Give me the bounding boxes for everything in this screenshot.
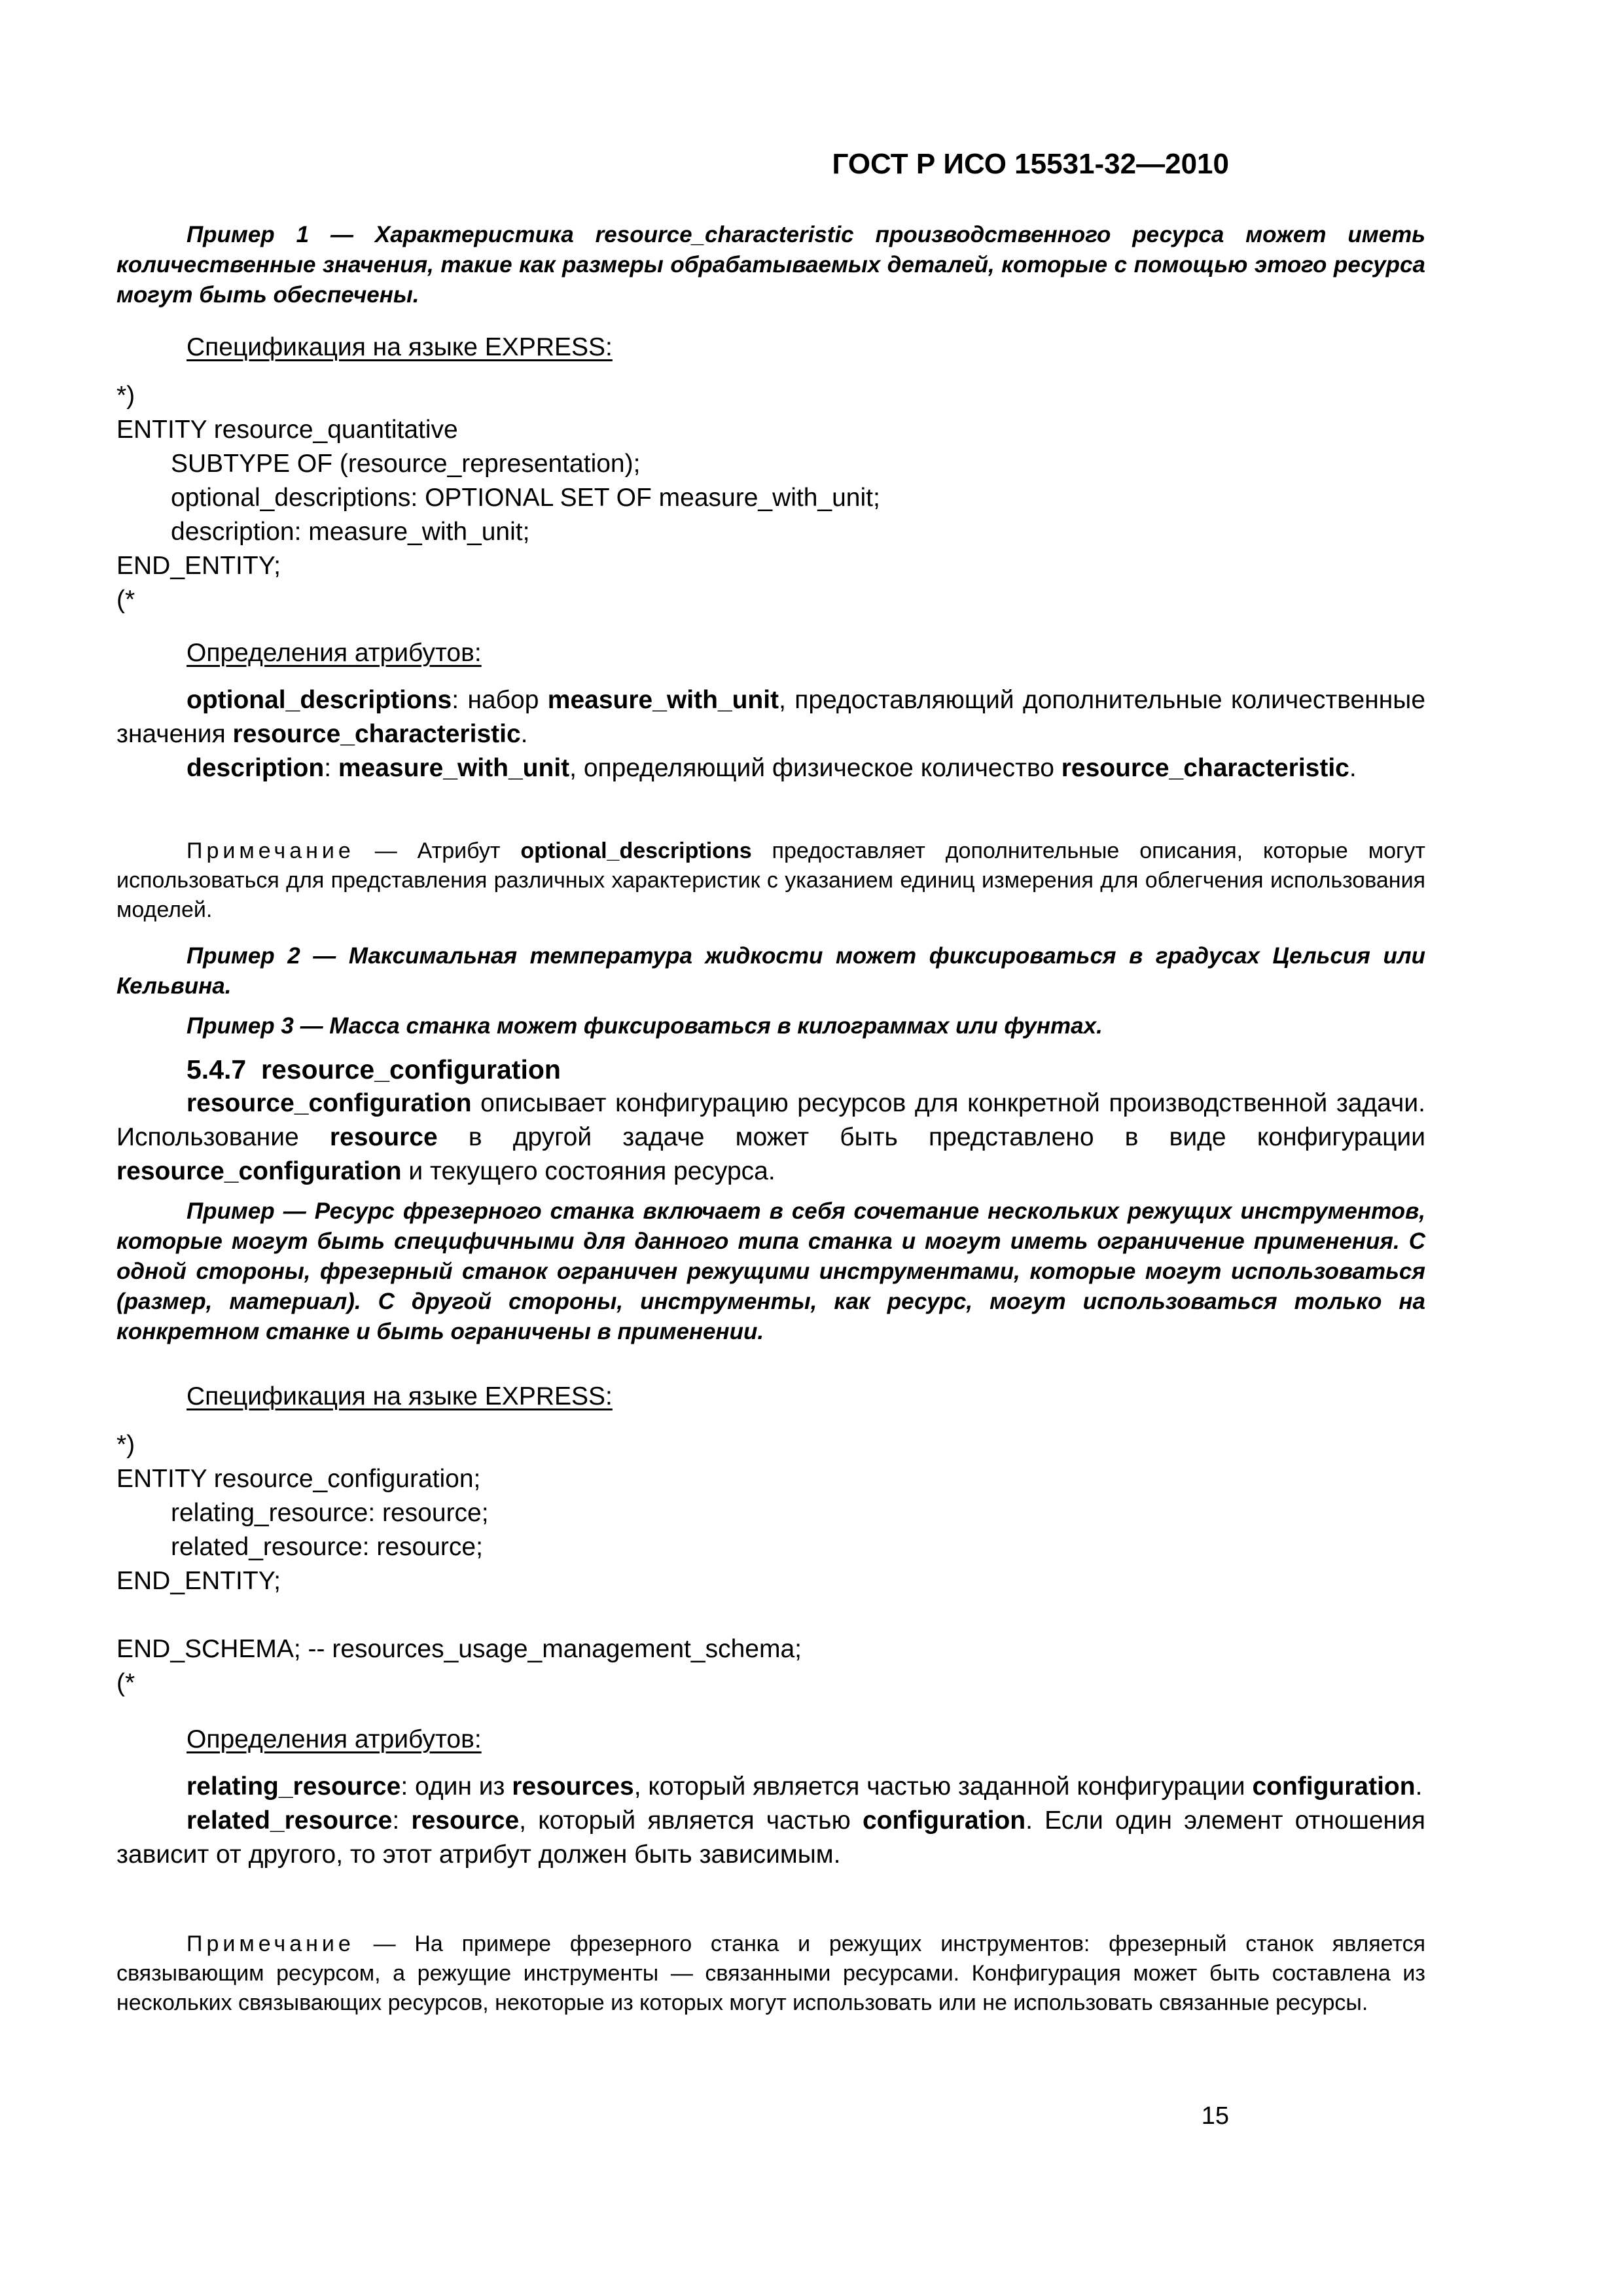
note-label: Примечание — [187, 1931, 355, 1956]
note-1: Примечание — Атрибут optional_descriptio… — [116, 836, 1425, 925]
attrs-2-label: Определения атрибутов: — [187, 1725, 482, 1753]
spec-2-label: Спецификация на языке EXPRESS: — [187, 1382, 613, 1410]
note-label: Примечание — [187, 838, 355, 863]
code-line: SUBTYPE OF (resource_representation); — [116, 450, 640, 478]
code-line: optional_descriptions: OPTIONAL SET OF m… — [116, 484, 880, 512]
note-2: Примечание — На примере фрезерного станк… — [116, 1929, 1425, 2018]
spec-1-label: Спецификация на языке EXPRESS: — [187, 333, 613, 361]
section-example: Пример — Ресурс фрезерного станка включа… — [116, 1196, 1425, 1347]
attr-relating-resource: relating_resource: один из resources, ко… — [116, 1770, 1425, 1804]
code-line: description: measure_with_unit; — [116, 518, 529, 546]
section-5-4-7: 5.4.7 resource_configuration resource_co… — [116, 1052, 1425, 1347]
code-line: (* — [116, 1666, 1425, 1700]
attr-description: description: measure_with_unit, определя… — [116, 751, 1425, 785]
attribute-definitions-2: Определения атрибутов: relating_resource… — [116, 1723, 1425, 1872]
code-line: related_resource: resource; — [116, 1533, 483, 1561]
document-header: ГОСТ Р ИСО 15531-32—2010 — [116, 148, 1229, 181]
attr-related-resource: related_resource: resource, который явля… — [116, 1804, 1425, 1872]
section-paragraph: resource_configuration описывает конфигу… — [116, 1086, 1425, 1189]
code-line: END_SCHEMA; -- resources_usage_managemen… — [116, 1632, 1425, 1666]
attribute-definitions-1: Определения атрибутов: optional_descript… — [116, 636, 1425, 785]
code-line — [116, 1598, 1425, 1632]
express-spec-1: Спецификация на языке EXPRESS: *) ENTITY… — [116, 331, 1425, 617]
code-line: *) — [116, 379, 1425, 413]
code-line: relating_resource: resource; — [116, 1499, 489, 1527]
page-number: 15 — [1202, 2102, 1229, 2130]
example-2: Пример 2 — Максимальная температура жидк… — [116, 941, 1425, 1001]
code-line: *) — [116, 1428, 1425, 1462]
attrs-1-label: Определения атрибутов: — [187, 639, 482, 667]
code-line: END_ENTITY; — [116, 1564, 1425, 1598]
attr-optional-descriptions: optional_descriptions: набор measure_wit… — [116, 683, 1425, 751]
section-heading: 5.4.7 resource_configuration — [116, 1052, 1425, 1086]
example-1-text: Пример 1 — Характеристика resource_chara… — [116, 220, 1425, 310]
code-line: (* — [116, 583, 1425, 617]
code-line: END_ENTITY; — [116, 549, 1425, 583]
express-spec-2: Спецификация на языке EXPRESS: *) ENTITY… — [116, 1380, 1425, 1700]
code-line: ENTITY resource_configuration; — [116, 1462, 1425, 1496]
example-3: Пример 3 — Масса станка может фиксироват… — [116, 1011, 1425, 1041]
example-1: Пример 1 — Характеристика resource_chara… — [116, 220, 1425, 310]
code-line: ENTITY resource_quantitative — [116, 413, 1425, 447]
